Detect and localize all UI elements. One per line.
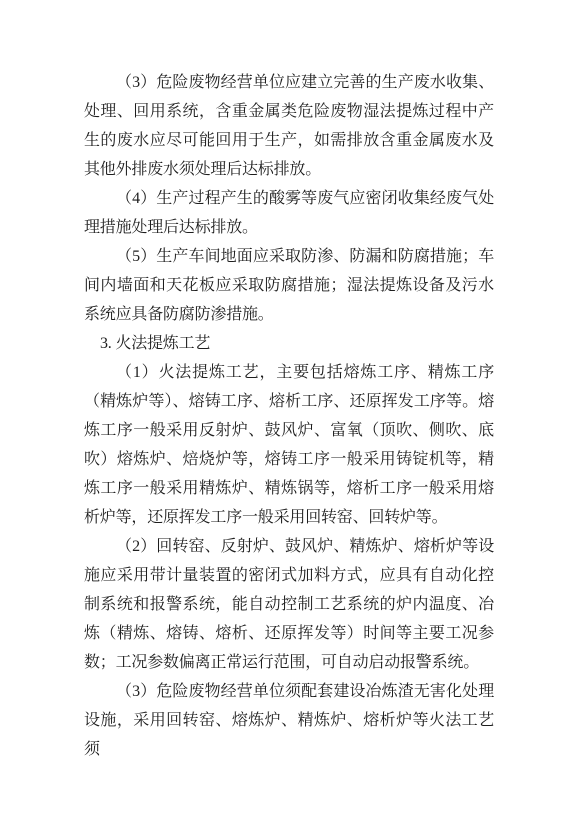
paragraph-pyro-process-overview: （1）火法提炼工艺，主要包括熔炼工序、精炼工序（精炼炉等）、熔铸工序、熔析工序、… (84, 358, 494, 532)
document-page: （3）危险废物经营单位应建立完善的生产废水收集、处理、回用系统，含重金属类危险废… (0, 0, 578, 818)
paragraph-slag-treatment: （3）危险废物经营单位须配套建设冶炼渣无害化处理设施，采用回转窑、熔炼炉、精炼炉… (84, 677, 494, 764)
paragraph-wastewater-systems: （3）危险废物经营单位应建立完善的生产废水收集、处理、回用系统，含重金属类危险废… (84, 68, 494, 184)
paragraph-furnace-automation: （2）回转窑、反射炉、鼓风炉、精炼炉、熔析炉等设施应采用带计量装置的密闭式加料方… (84, 532, 494, 677)
section-heading-pyrometallurgy: 3. 火法提炼工艺 (84, 329, 494, 358)
paragraph-acid-mist-gas: （4）生产过程产生的酸雾等废气应密闭收集经废气处理措施处理后达标排放。 (84, 184, 494, 242)
paragraph-workshop-protection: （5）生产车间地面应采取防渗、防漏和防腐措施；车间内墙面和天花板应采取防腐措施；… (84, 242, 494, 329)
